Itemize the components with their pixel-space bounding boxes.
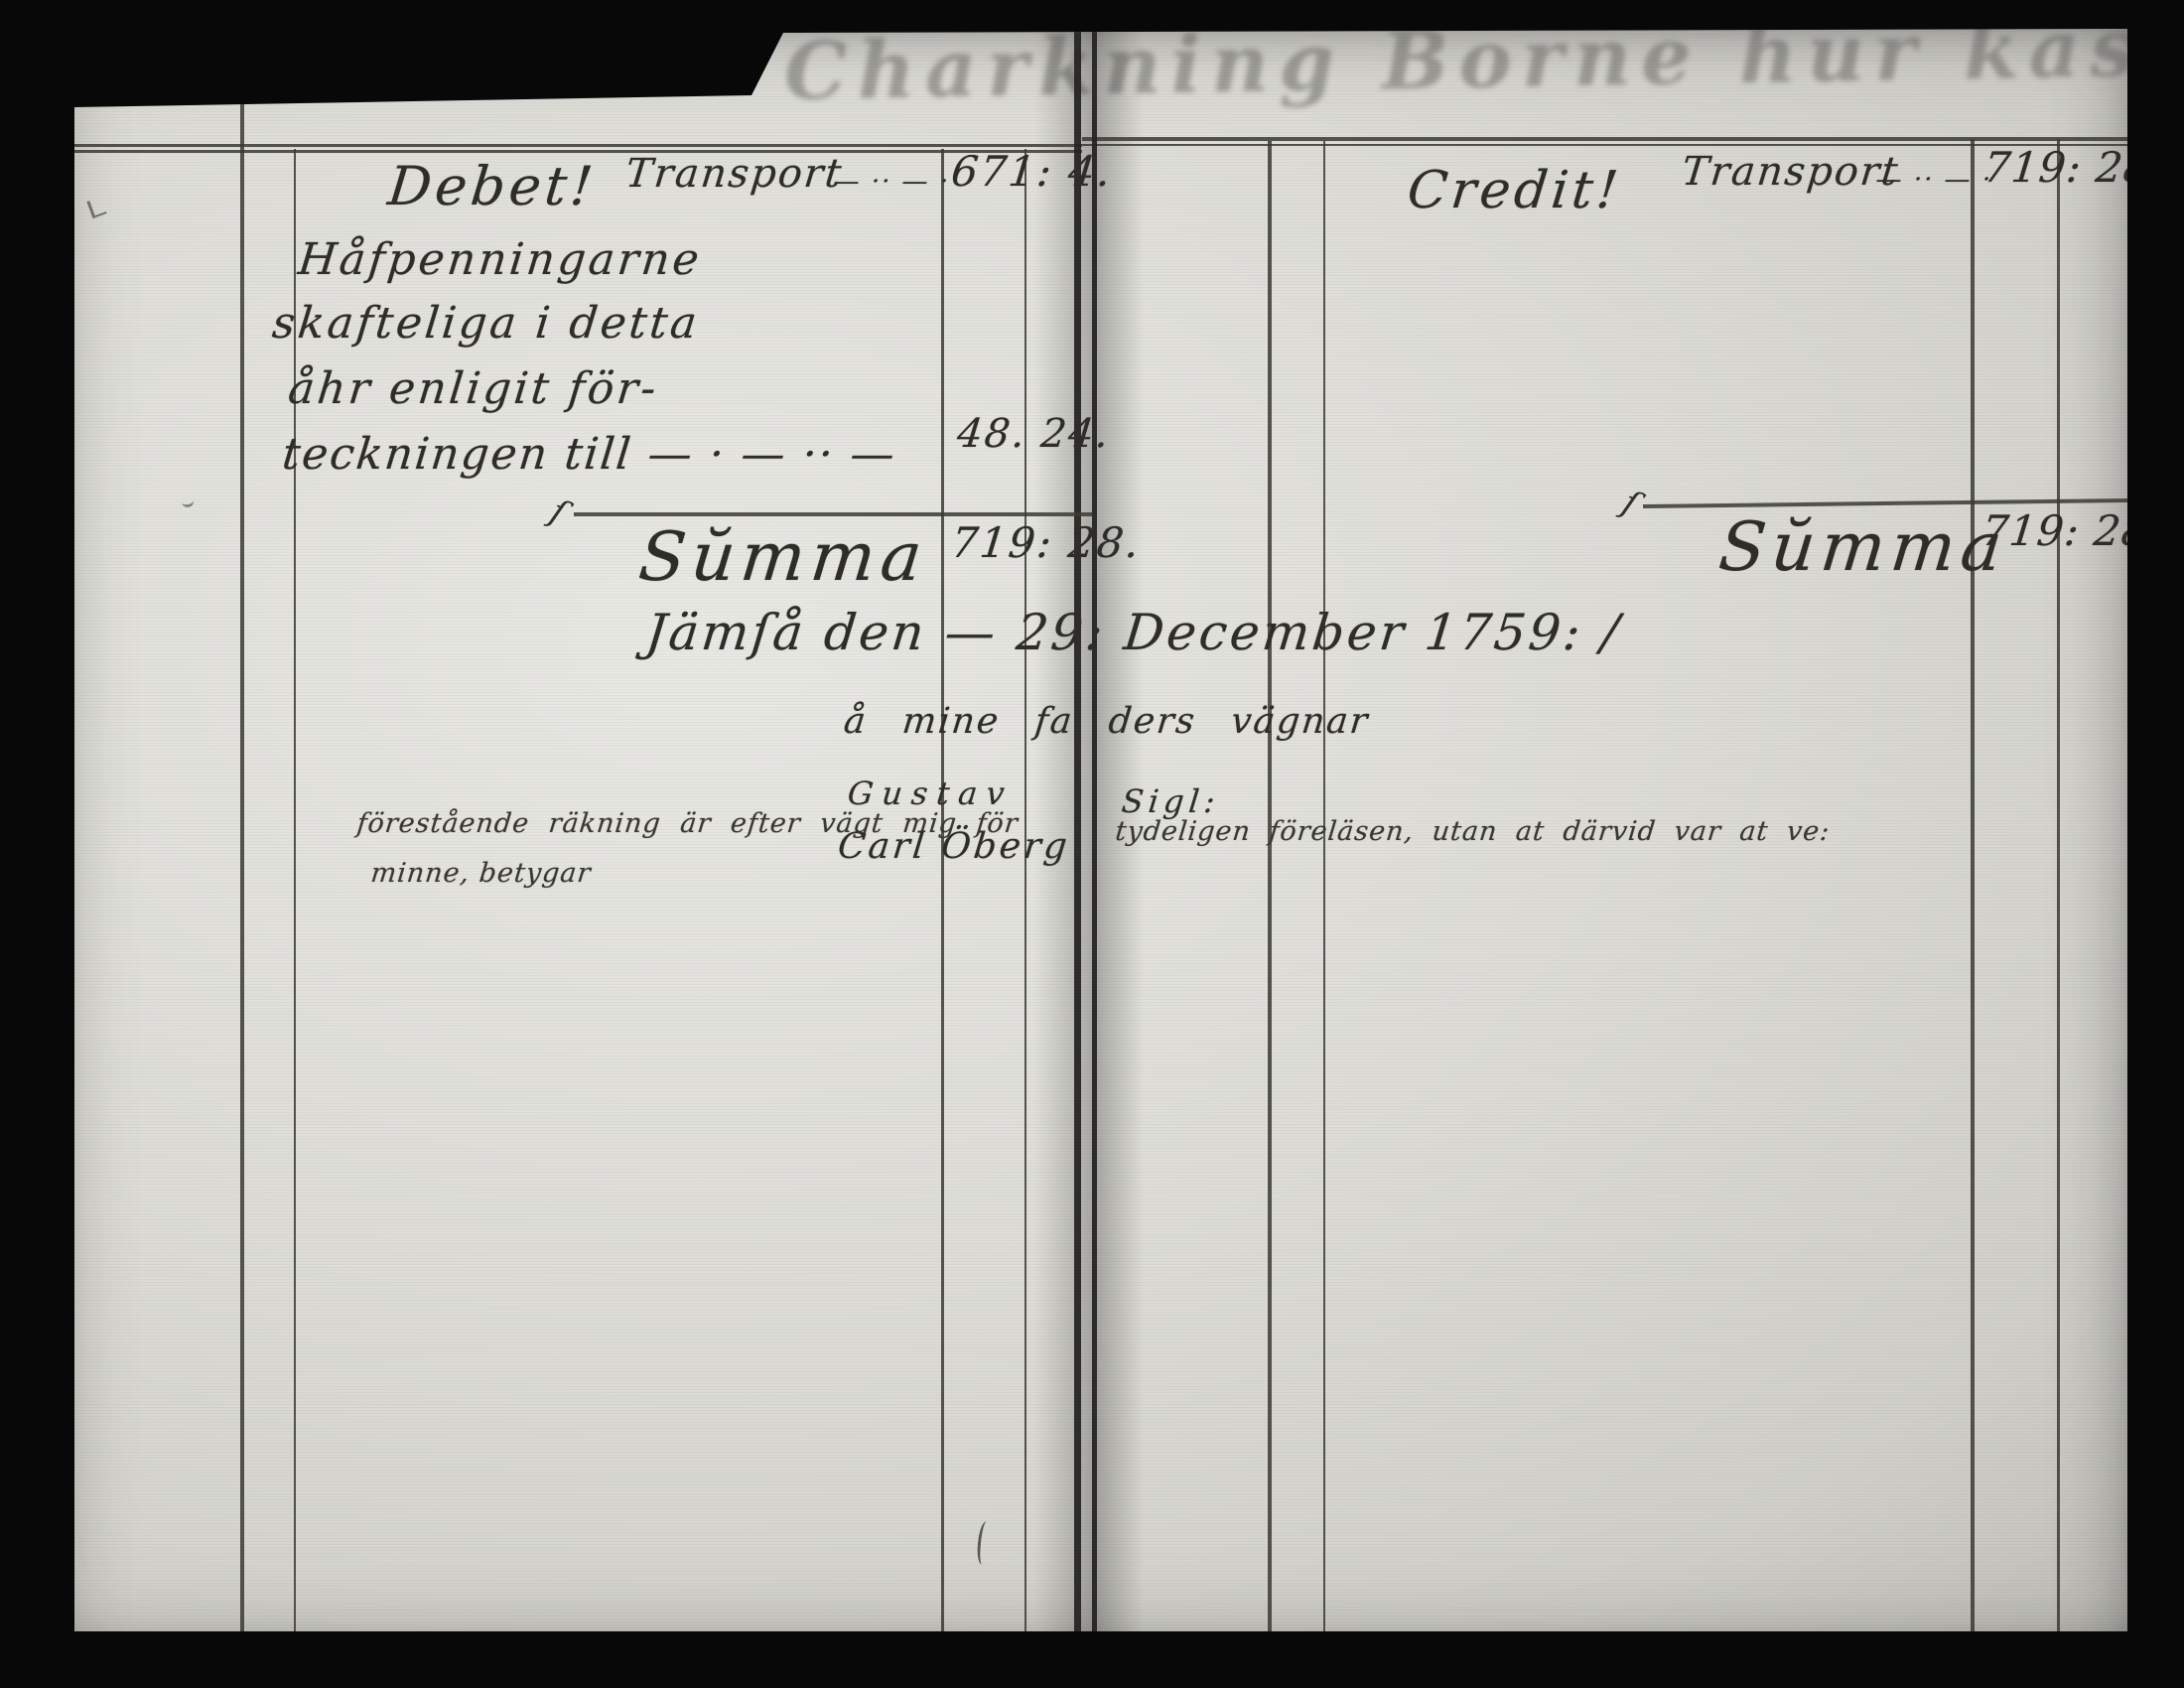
behalf-line: å mine fa ders vägnar: [842, 701, 1371, 742]
summa-label-right: Sŭmma: [1715, 508, 2011, 587]
transport-amount-left: 671: 4.: [949, 147, 1115, 196]
transport-amount-right: 719: 28.: [1981, 143, 2168, 192]
summa-label-left: Sŭmma: [635, 518, 931, 597]
margin-rule-right-2: [1323, 141, 1325, 1631]
margin-rule-right-1: [1268, 141, 1272, 1631]
transport-label-left: Transport: [623, 151, 846, 197]
entry-line-3: åhr enligit för-: [286, 363, 661, 414]
entry-line-2: skafteliga i detta: [270, 298, 702, 349]
money-rule-right-1: [1971, 139, 1975, 1631]
attest-note-right: tydeligen föreläsen, utan at därvid var …: [1114, 816, 1832, 847]
gutter-rule-2: [1092, 29, 1097, 1631]
signature-first-name: Gustav: [846, 774, 1016, 812]
entry-line-1: Håfpenningarne: [296, 234, 704, 285]
attest-note-line-2: minne, betygar: [369, 858, 593, 889]
transport-label-right: Transport: [1680, 149, 1902, 195]
top-rule-left: [74, 144, 1082, 147]
transport-dashes-left: — ·· — ·: [832, 167, 952, 197]
ink-speck-3: [976, 1520, 994, 1565]
margin-rule-left-1: [240, 99, 244, 1631]
summa-flourish-left: ſ: [544, 492, 572, 533]
summa-amount-left: 719: 28.: [949, 518, 1144, 567]
money-rule-left-1: [941, 149, 944, 1631]
date-line: Jämſå den — 29: December 1759: /: [643, 604, 1624, 661]
summa-underline-left: [574, 512, 1092, 516]
debit-heading: Debet!: [385, 155, 600, 217]
entry-line-4: teckningen till — · — ·· —: [280, 429, 898, 480]
ink-speck-1: [86, 197, 106, 218]
entry-amount: 48. 24.: [955, 411, 1113, 457]
ghost-header-text: Charkning Borne hur kas: [783, 11, 1560, 118]
seal-abbreviation: Sigl:: [1120, 782, 1222, 820]
transport-dashes-right: — ·· — ·: [1874, 165, 1994, 195]
gutter-rule-1: [1074, 29, 1081, 1631]
money-rule-right-2: [2057, 139, 2060, 1631]
summa-flourish-right: ſ: [1616, 483, 1644, 524]
summa-amount-right: 719: 28.: [1979, 506, 2166, 555]
top-rule-left-2: [74, 150, 1082, 153]
ledger-paper: Charkning Borne hur kas ſ ſ Debet! Trans…: [0, 0, 2184, 1688]
scan-background: Charkning Borne hur kas ſ ſ Debet! Trans…: [0, 0, 2184, 1688]
money-rule-left-2: [1024, 149, 1026, 1631]
ink-speck-2: [181, 495, 195, 508]
credit-heading: Credit!: [1405, 161, 1624, 220]
signature-last-name: Carl Öberg: [836, 826, 1072, 867]
